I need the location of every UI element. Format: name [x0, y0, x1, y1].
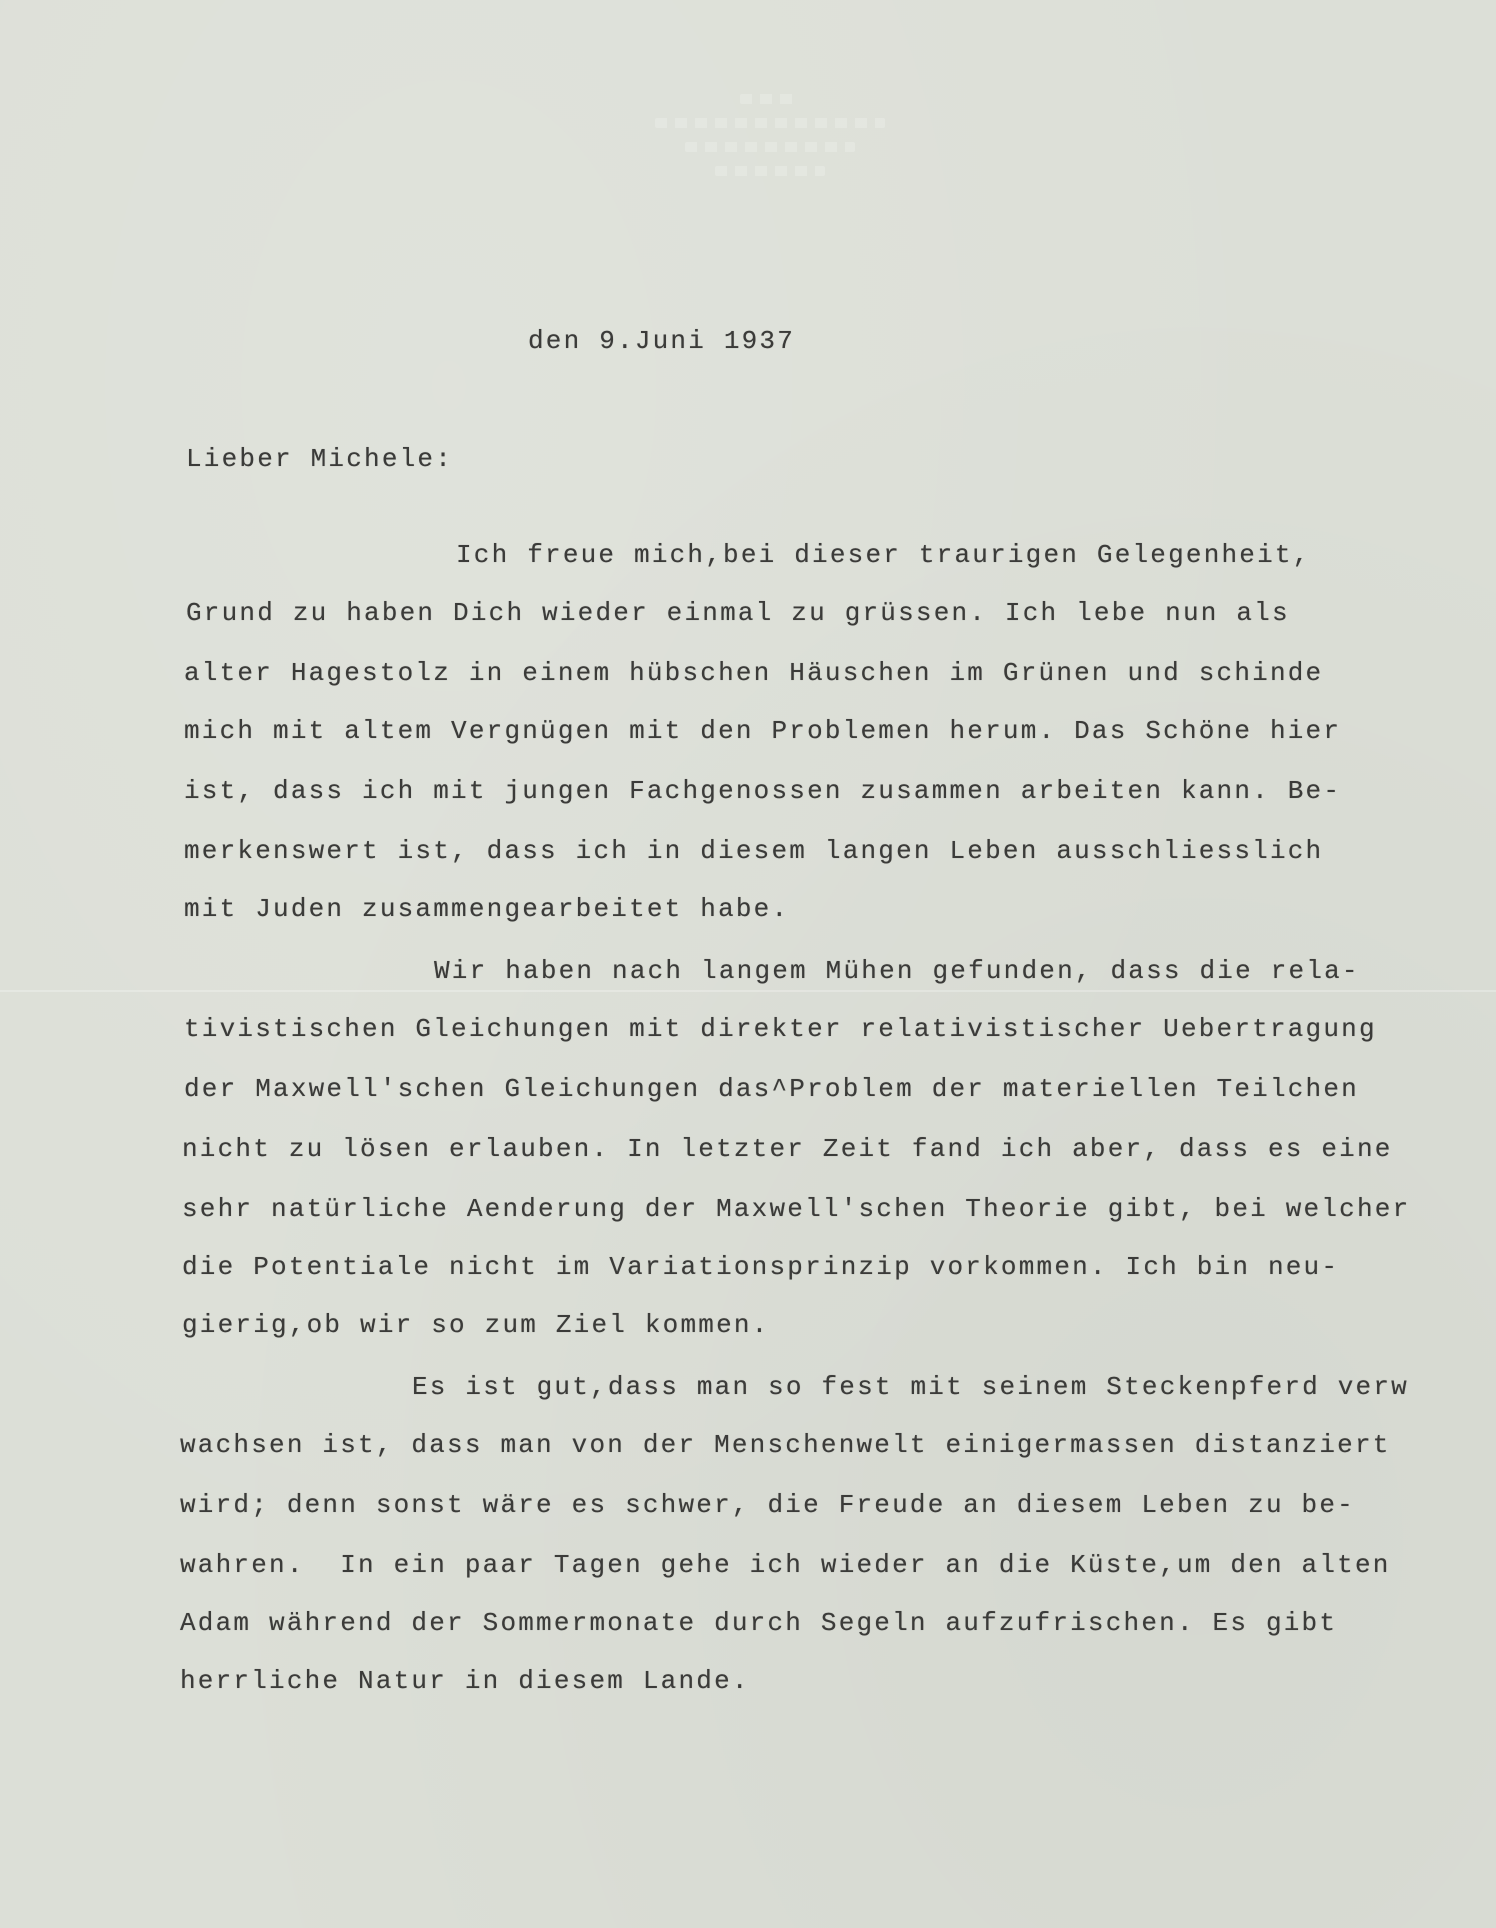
text-line: merkenswert ist, dass ich in diesem lang…	[184, 836, 1323, 866]
text-line: nicht zu lösen erlauben. In letzter Zeit…	[182, 1134, 1393, 1164]
embossed-letterhead	[640, 80, 900, 200]
text-line: wird; denn sonst wäre es schwer, die Fre…	[180, 1490, 1355, 1520]
text-line: mich mit altem Vergnügen mit den Problem…	[184, 716, 1341, 746]
text-line: der Maxwell'schen Gleichungen das^Proble…	[184, 1074, 1359, 1104]
letter-page: den 9.Juni 1937 Lieber Michele: Ich freu…	[0, 0, 1496, 1928]
text-line: gierig,ob wir so zum Ziel kommen.	[182, 1310, 769, 1340]
text-line: alter Hagestolz in einem hübschen Häusch…	[184, 658, 1323, 688]
text-line: Grund zu haben Dich wieder einmal zu grü…	[186, 598, 1290, 628]
text-line: Adam während der Sommermonate durch Sege…	[180, 1608, 1337, 1638]
text-line: die Potentiale nicht im Variationsprinzi…	[182, 1252, 1339, 1282]
paper-fold-line	[0, 990, 1496, 992]
text-line: sehr natürliche Aenderung der Maxwell'sc…	[182, 1194, 1410, 1224]
text-line: Wir haben nach langem Mühen gefunden, da…	[434, 956, 1360, 986]
text-line: Ich freue mich,bei dieser traurigen Gele…	[456, 540, 1311, 570]
text-line: ist, dass ich mit jungen Fachgenossen zu…	[184, 776, 1341, 806]
text-line: wachsen ist, dass man von der Menschenwe…	[180, 1430, 1391, 1460]
text-line: wahren. In ein paar Tagen gehe ich wiede…	[180, 1550, 1391, 1580]
letter-salutation: Lieber Michele:	[186, 444, 453, 474]
letter-date: den 9.Juni 1937	[528, 326, 795, 356]
text-line: Es ist gut,dass man so fest mit seinem S…	[412, 1372, 1409, 1402]
text-line: tivistischen Gleichungen mit direkter re…	[184, 1014, 1377, 1044]
text-line: herrliche Natur in diesem Lande.	[180, 1666, 750, 1696]
text-line: mit Juden zusammengearbeitet habe.	[184, 894, 789, 924]
